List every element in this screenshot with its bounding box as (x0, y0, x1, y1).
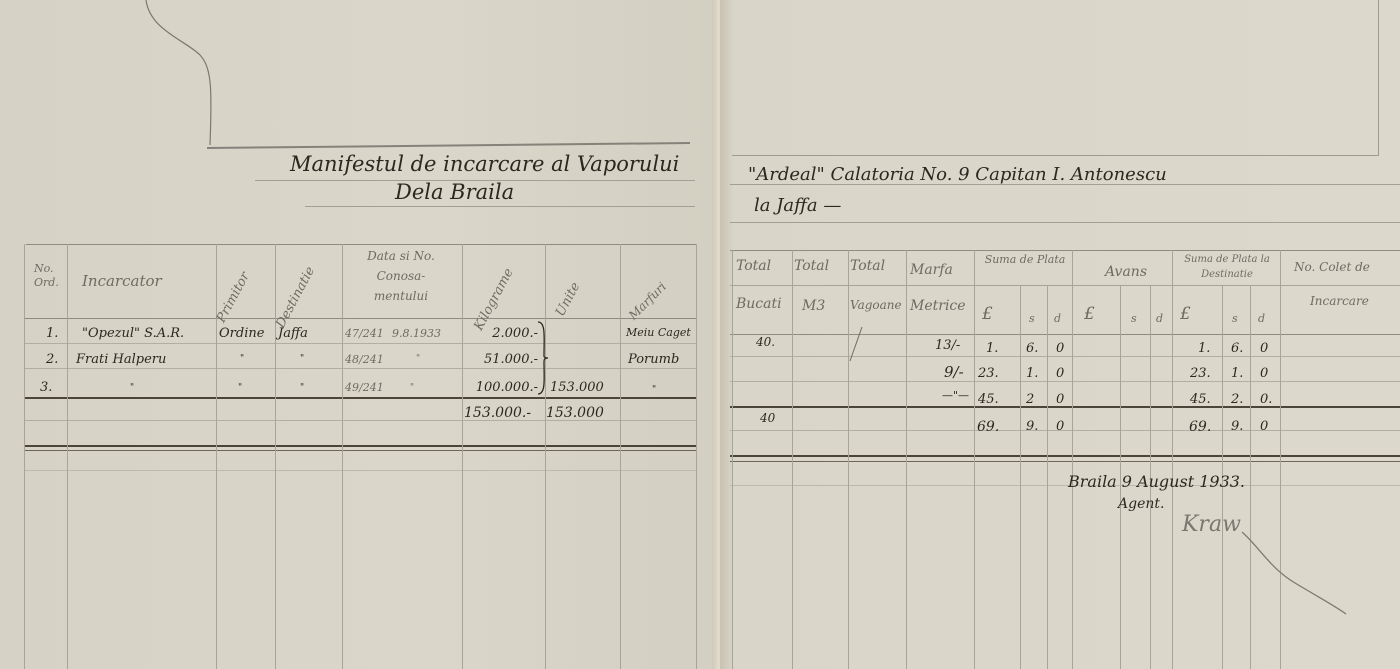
total-dest-d: 0 (1260, 419, 1268, 434)
row-dest-s: 2. (1231, 392, 1243, 407)
total-bucati: 40 (760, 411, 775, 425)
total-freight-l: 69. (977, 419, 999, 435)
row-freight-l: 45. (978, 392, 999, 407)
row-destination: Jaffa (278, 326, 308, 341)
col-rule (545, 244, 546, 669)
row-destination: " (300, 383, 304, 393)
row-dest-d: 0 (1260, 341, 1268, 356)
row-destination: " (300, 354, 304, 364)
header-loading-bottom: Incarcare (1310, 294, 1369, 308)
pound-symbol: £ (1180, 304, 1191, 324)
manifest-origin: Dela Braila (395, 180, 514, 204)
table-top-rule (26, 244, 696, 245)
header-date-line3: mentului (346, 286, 456, 306)
left-page: Manifestul de incarcare al Vaporului Del… (0, 0, 716, 669)
col-rule (24, 244, 25, 669)
agent-signature: Kraw (1182, 512, 1241, 537)
voyage-title: "Ardeal" Calatoria No. 9 Capitan I. Anto… (748, 164, 1167, 185)
row-goods: Porumb (628, 352, 679, 367)
header-kilograme: Kilograme (471, 266, 516, 333)
row-no: 2. (46, 352, 58, 367)
col-rule (1072, 250, 1073, 669)
col-rule (792, 250, 793, 669)
signature-flourish (1240, 528, 1350, 618)
col-rule (67, 244, 68, 669)
row-rate: 9/- (944, 363, 964, 381)
row-rule (24, 470, 696, 471)
col-rule (696, 244, 697, 669)
row-rate: —"— (942, 389, 969, 402)
row-dest-s: 1. (1231, 366, 1243, 381)
row-freight-s: 1. (1026, 366, 1038, 381)
row-dest-d: 0. (1260, 392, 1272, 407)
header-advance-group: Avans (1105, 264, 1147, 280)
header-bottom-rule (24, 318, 696, 319)
total-kg: 153.000.- (464, 405, 531, 421)
header-marfuri: Marfuri (626, 279, 669, 322)
row-shipper: "Opezul" S.A.R. (82, 326, 184, 341)
title-rule (305, 206, 695, 207)
brace-symbol (536, 318, 550, 398)
row-kg: 100.000.- (462, 380, 538, 395)
col-rule (620, 244, 621, 669)
row-goods: Meiu Caget (626, 326, 691, 339)
voyage-destination: la Jaffa — (754, 195, 841, 216)
row-bucati: 40. (756, 335, 775, 349)
row-dest-l: 23. (1190, 366, 1211, 381)
row-date: 9.8.1933 (392, 327, 441, 340)
signoff-place-date: Braila 9 August 1933. (1068, 472, 1245, 491)
manifest-title: Manifestul de incarcare al Vaporului (290, 152, 679, 176)
row-freight-d: 0 (1056, 392, 1064, 407)
total-double-rule (24, 450, 696, 451)
header-total-m3-top: Total (794, 258, 829, 274)
subtotal-rule (24, 397, 696, 399)
row-goods: " (652, 385, 656, 395)
col-rule (216, 244, 217, 669)
row-freight-l: 1. (986, 341, 998, 356)
header-date-line1: Data si No. (346, 246, 456, 266)
total-dest-s: 9. (1231, 419, 1243, 434)
pencil-outline-drawing (0, 0, 716, 160)
title-rule (730, 222, 1400, 223)
header-freight-group: Suma de Plata (980, 252, 1070, 267)
header-total-vagoane-top: Total (850, 258, 885, 274)
row-freight-d: 0 (1056, 366, 1064, 381)
total-freight-s: 9. (1026, 419, 1038, 434)
shilling-symbol: s (1131, 312, 1137, 325)
col-rule (1020, 286, 1021, 669)
row-rate: 13/- (935, 338, 960, 353)
row-kg: 2.000.- (478, 326, 538, 341)
pence-symbol: d (1156, 312, 1163, 325)
row-date: " (410, 383, 414, 393)
row-rule (730, 485, 1400, 486)
header-no-ord-line1: No. (34, 262, 59, 276)
header-destinatie: Destinatie (273, 264, 318, 331)
shilling-symbol: s (1232, 312, 1238, 325)
header-unite: Unite (553, 280, 583, 319)
table-top-rule (730, 250, 1400, 251)
header-dest-group: Suma de Plata la Destinatie (1175, 252, 1279, 282)
col-rule (342, 244, 343, 669)
row-receiver: " (240, 354, 244, 364)
header-total-m3-bottom: M3 (802, 298, 825, 314)
top-box-outline (732, 0, 1379, 156)
pencil-stroke (848, 325, 878, 365)
header-marfa-bottom: Metrice (910, 298, 966, 314)
pound-symbol: £ (1084, 304, 1095, 324)
row-rule (730, 356, 1400, 357)
header-primitor: Primitor (214, 270, 253, 325)
row-freight-s: 6. (1026, 341, 1038, 356)
row-rule (730, 430, 1400, 431)
row-kg: 51.000.- (468, 352, 538, 367)
col-rule (1047, 286, 1048, 669)
pence-symbol: d (1054, 312, 1061, 325)
col-rule (275, 244, 276, 669)
row-rule (24, 343, 696, 344)
row-freight-d: 0 (1056, 341, 1064, 356)
subtotal-rule (730, 406, 1400, 408)
col-rule (906, 250, 907, 669)
row-rule (730, 381, 1400, 382)
total-freight-d: 0 (1056, 419, 1064, 434)
pound-symbol: £ (982, 304, 993, 324)
col-rule (974, 250, 975, 669)
col-rule (732, 250, 733, 669)
row-dest-s: 6. (1231, 341, 1243, 356)
header-total-bucati-bottom: Bucati (736, 296, 782, 312)
row-dest-l: 1. (1198, 341, 1210, 356)
header-no-ord: No. Ord. (34, 262, 59, 290)
row-rule (24, 368, 696, 369)
header-marfa-top: Marfa (910, 262, 953, 278)
total-dest-l: 69. (1189, 419, 1211, 435)
header-loading-top: No. Colet de (1294, 260, 1370, 274)
right-page: "Ardeal" Calatoria No. 9 Capitan I. Anto… (720, 0, 1400, 669)
signoff-role: Agent. (1118, 496, 1164, 512)
total-double-rule (24, 445, 696, 447)
row-bill: 48/241 (345, 353, 384, 366)
row-no: 3. (40, 380, 52, 395)
row-freight-s: 2 (1026, 392, 1034, 407)
shilling-symbol: s (1029, 312, 1035, 325)
total-double-rule (730, 455, 1400, 457)
header-total-vagoane-bottom: Vagoane (850, 298, 902, 312)
row-shipper: " (130, 383, 134, 393)
row-receiver: " (238, 383, 242, 393)
total-unite: 153.000 (546, 405, 604, 421)
row-dest-l: 45. (1190, 392, 1211, 407)
col-rule (462, 244, 463, 669)
header-no-ord-line2: Ord. (34, 276, 59, 290)
row-bill: 49/241 (345, 381, 384, 394)
header-mid-rule (730, 285, 1400, 286)
row-date: " (416, 354, 420, 364)
pence-symbol: d (1258, 312, 1265, 325)
header-incarcator: Incarcator (82, 272, 162, 290)
header-total-bucati-top: Total (736, 258, 771, 274)
row-unite: 153.000 (550, 380, 604, 395)
header-bottom-rule (730, 334, 1400, 335)
row-dest-d: 0 (1260, 366, 1268, 381)
title-rule (730, 184, 1400, 185)
row-shipper: Frati Halperu (76, 352, 166, 367)
col-rule (848, 250, 849, 669)
col-rule (1172, 250, 1173, 669)
row-receiver: Ordine (219, 326, 264, 341)
header-date-line2: Conosa- (346, 266, 456, 286)
row-freight-l: 23. (978, 366, 999, 381)
header-data-conosament: Data si No. Conosa- mentului (346, 246, 456, 306)
row-bill: 47/241 (345, 327, 384, 340)
row-no: 1. (46, 326, 58, 341)
total-double-rule (730, 461, 1400, 462)
